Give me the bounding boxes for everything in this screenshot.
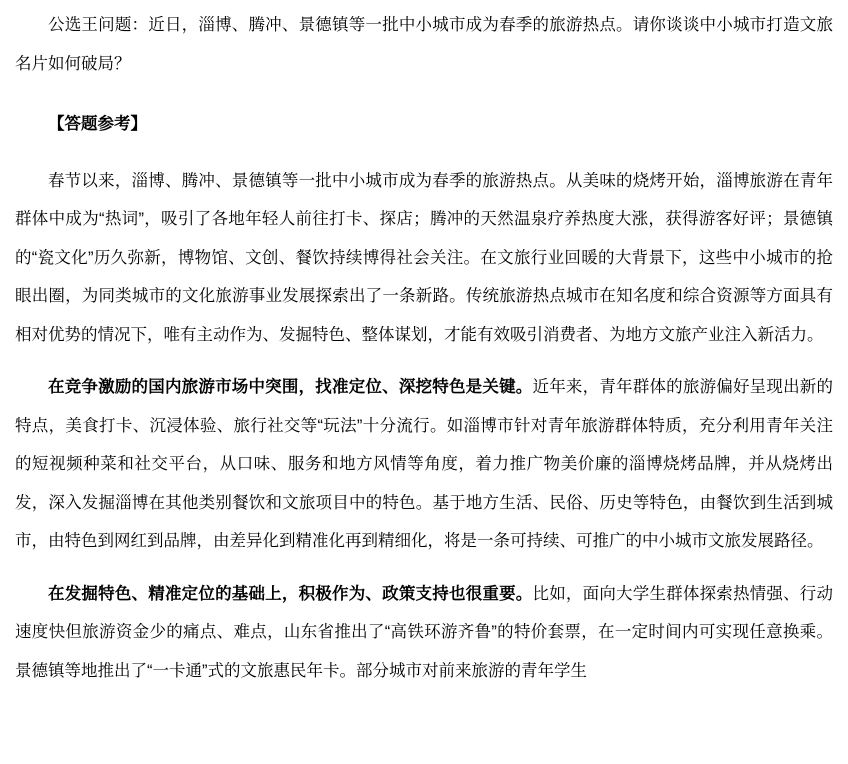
answer-paragraph-1-body: 春节以来，淄博、腾冲、景德镇等一批中小城市成为春季的旅游热点。从美味的烧烤开始，…	[15, 172, 833, 344]
question-paragraph: 公选王问题：近日，淄博、腾冲、景德镇等一批中小城市成为春季的旅游热点。请你谈谈中…	[15, 6, 833, 83]
answer-paragraph-2-lead: 在竞争激励的国内旅游市场中突围，找准定位、深挖特色是关键。	[48, 378, 533, 396]
answer-paragraph-2-body: 近年来，青年群体的旅游偏好呈现出新的特点，美食打卡、沉浸体验、旅行社交等“玩法”…	[15, 378, 833, 550]
answer-paragraph-3: 在发掘特色、精准定位的基础上，积极作为、政策支持也很重要。比如，面向大学生群体探…	[15, 575, 833, 691]
section-heading: 【答题参考】	[15, 105, 833, 144]
document-page: 公选王问题：近日，淄博、腾冲、景德镇等一批中小城市成为春季的旅游热点。请你谈谈中…	[0, 0, 848, 764]
answer-paragraph-2: 在竞争激励的国内旅游市场中突围，找准定位、深挖特色是关键。近年来，青年群体的旅游…	[15, 368, 833, 561]
answer-paragraph-3-lead: 在发掘特色、精准定位的基础上，积极作为、政策支持也很重要。	[48, 585, 533, 603]
answer-paragraph-1: 春节以来，淄博、腾冲、景德镇等一批中小城市成为春季的旅游热点。从美味的烧烤开始，…	[15, 162, 833, 355]
